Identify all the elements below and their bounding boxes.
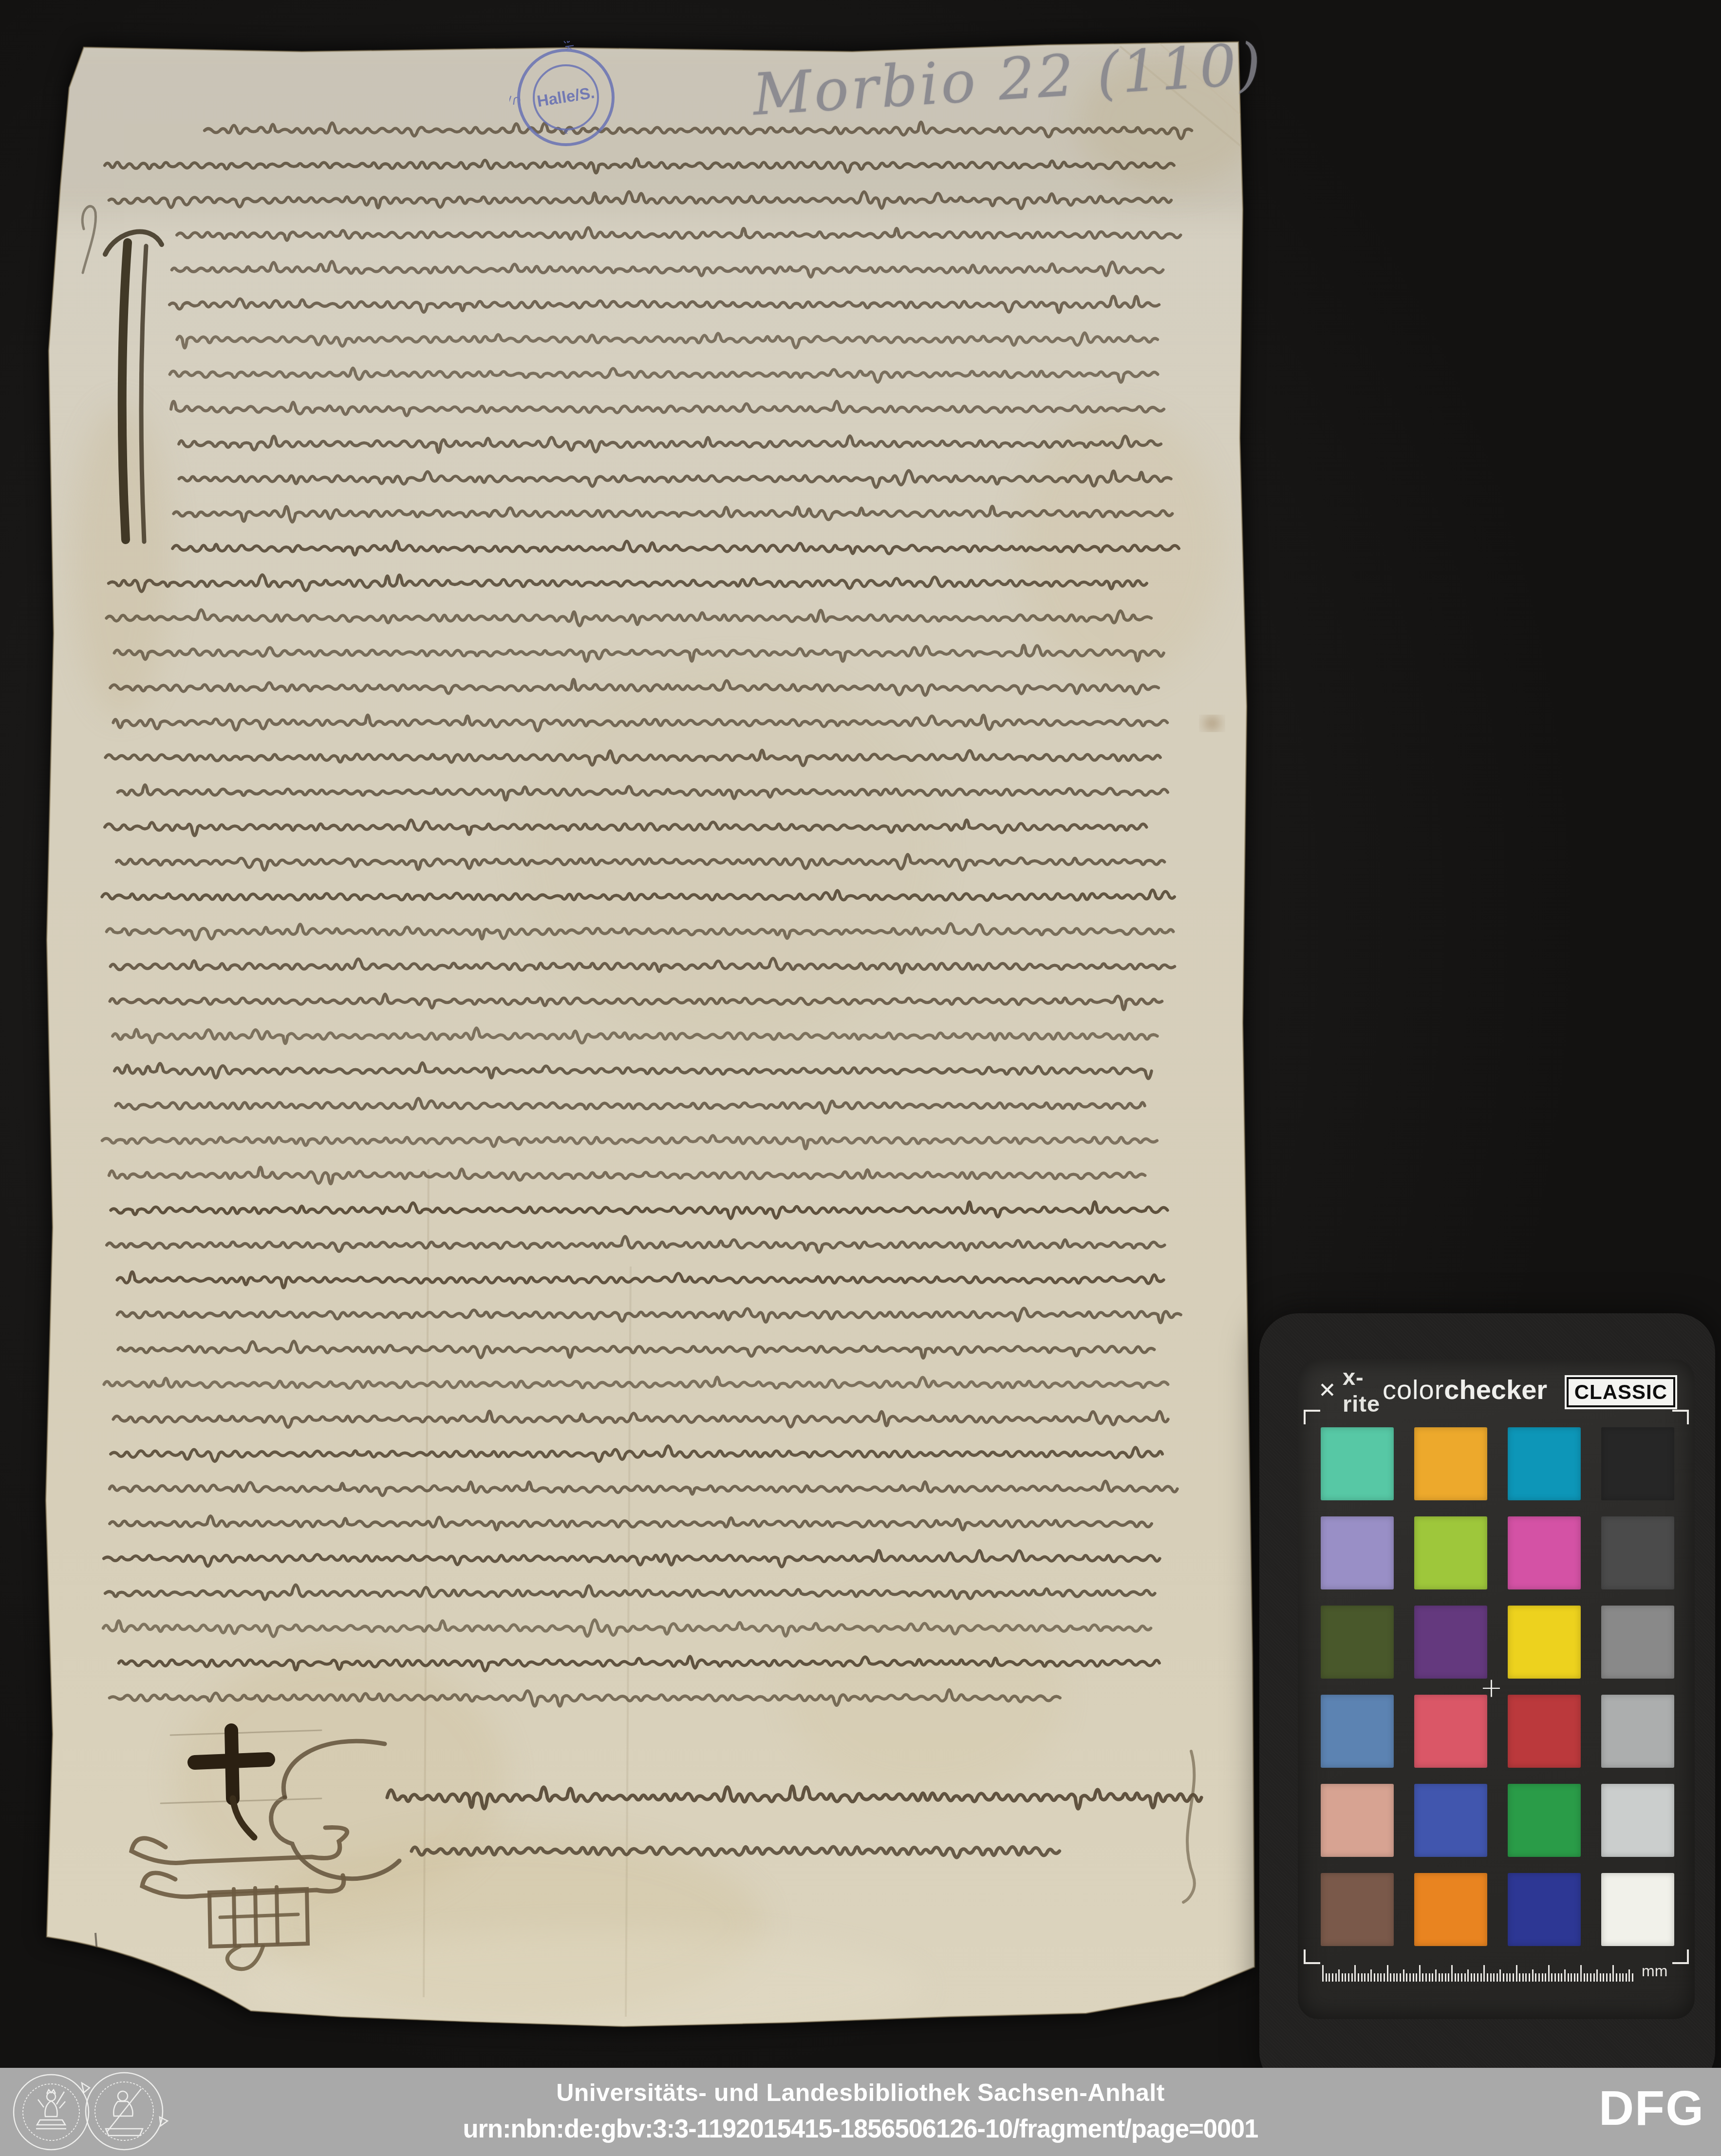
patch-neutral-8 [1601, 1784, 1674, 1857]
mm-ruler [1322, 1963, 1634, 1982]
ruler-tick [1596, 1969, 1598, 1982]
ruler-tick [1335, 1973, 1337, 1982]
ruler-tick [1551, 1973, 1553, 1982]
patch-white [1601, 1873, 1674, 1946]
ruler-tick [1390, 1973, 1391, 1982]
stamp-center-text: Halle/S. [536, 83, 596, 110]
crop-mark-bottom-left [1304, 1949, 1320, 1964]
patch-purple [1414, 1606, 1487, 1679]
ruler-tick [1393, 1973, 1395, 1982]
ruler-tick [1493, 1973, 1495, 1982]
ruler-tick [1480, 1973, 1482, 1982]
ruler-tick [1451, 1965, 1453, 1982]
ruler-tick [1351, 1973, 1353, 1982]
library-stamp: Universitäts- u. Landesbibliothek Halle/… [509, 41, 622, 154]
ruler-tick [1593, 1973, 1595, 1982]
ruler-tick [1439, 1973, 1440, 1982]
ruler-tick [1580, 1965, 1582, 1982]
ruler-tick [1506, 1973, 1508, 1982]
ruler-tick [1632, 1973, 1633, 1982]
ruler-tick [1554, 1973, 1556, 1982]
ruler-tick [1584, 1973, 1585, 1982]
ruler-tick [1538, 1973, 1540, 1982]
patch-neutral-5 [1601, 1606, 1674, 1679]
ruler-tick [1587, 1973, 1588, 1982]
dfg-logo: DFG [1599, 2080, 1704, 2137]
ruler-tick [1332, 1973, 1333, 1982]
ruler-tick [1403, 1969, 1404, 1982]
ruler-tick [1328, 1973, 1330, 1982]
ruler-tick [1419, 1965, 1421, 1982]
patch-dark-skin [1321, 1873, 1394, 1946]
ruler-tick [1380, 1973, 1382, 1982]
patch-moderate-red [1414, 1695, 1487, 1768]
ruler-tick [1338, 1969, 1340, 1982]
colorchecker-header: ✕ x-rite colorchecker CLASSIC [1318, 1375, 1675, 1406]
crop-mark-top-left [1304, 1410, 1320, 1424]
ruler-tick [1425, 1973, 1427, 1982]
ruler-tick [1499, 1969, 1501, 1982]
ruler-tick [1542, 1973, 1543, 1982]
ruler-tick [1548, 1965, 1550, 1982]
patch-black [1601, 1427, 1674, 1500]
ruler-tick [1535, 1973, 1536, 1982]
ruler-tick [1435, 1969, 1437, 1982]
crop-mark-top-right [1672, 1410, 1689, 1424]
ruler-tick [1467, 1969, 1469, 1982]
ruler-tick [1545, 1973, 1546, 1982]
ruler-tick [1558, 1973, 1559, 1982]
ruler-unit-label: mm [1642, 1962, 1667, 1980]
ruler-tick [1628, 1969, 1630, 1982]
ruler-tick [1600, 1973, 1601, 1982]
ruler-tick [1416, 1973, 1417, 1982]
ruler-tick [1464, 1973, 1466, 1982]
patch-yellow [1508, 1606, 1581, 1679]
ruler-tick [1367, 1973, 1369, 1982]
patch-light-skin [1321, 1784, 1394, 1857]
ruler-tick [1384, 1973, 1385, 1982]
scan-stage: Morbio 22 (110) Universitäts- u. Landesb… [0, 0, 1721, 2156]
xrite-logo: ✕ x-rite [1318, 1363, 1383, 1417]
ruler-tick [1471, 1973, 1472, 1982]
registration-cross-icon: + [1480, 1672, 1503, 1703]
xrite-pinwheel-icon: ✕ [1318, 1378, 1337, 1403]
stamp-star-icon: * [563, 127, 568, 141]
colorchecker-card: ✕ x-rite colorchecker CLASSIC + mm [1298, 1359, 1695, 2019]
ruler-tick [1364, 1973, 1366, 1982]
ruler-tick [1370, 1969, 1372, 1982]
ruler-tick [1413, 1973, 1414, 1982]
ruler-tick [1429, 1973, 1430, 1982]
patch-yellow-green [1414, 1516, 1487, 1589]
ruler-tick [1619, 1973, 1621, 1982]
ruler-tick [1522, 1973, 1524, 1982]
ruler-tick [1529, 1973, 1530, 1982]
ruler-tick [1354, 1965, 1356, 1982]
ruler-tick [1616, 1973, 1617, 1982]
patch-cyan [1508, 1427, 1581, 1500]
ruler-tick [1590, 1973, 1591, 1982]
ruler-tick [1622, 1973, 1624, 1982]
ruler-tick [1441, 1973, 1443, 1982]
ruler-tick [1519, 1973, 1520, 1982]
ruler-tick [1326, 1973, 1327, 1982]
ruler-tick [1609, 1973, 1611, 1982]
patch-orange-yellow [1414, 1427, 1487, 1500]
patch-foliage [1321, 1606, 1394, 1679]
patch-purplish-blue [1414, 1784, 1487, 1857]
ruler-tick [1626, 1973, 1627, 1982]
colorchecker-wordmark: colorchecker CLASSIC [1383, 1374, 1675, 1407]
patch-blue [1508, 1873, 1581, 1946]
ruler-tick [1577, 1973, 1578, 1982]
crop-mark-bottom-right [1672, 1949, 1689, 1964]
ruler-tick [1455, 1973, 1456, 1982]
ruler-tick [1497, 1973, 1498, 1982]
patch-neutral-3-5 [1601, 1516, 1674, 1589]
ruler-tick [1525, 1973, 1527, 1982]
ruler-tick [1409, 1973, 1411, 1982]
ruler-tick [1516, 1965, 1517, 1982]
ruler-tick [1574, 1973, 1575, 1982]
ruler-tick [1612, 1965, 1614, 1982]
patch-orange [1414, 1873, 1487, 1946]
ruler-tick [1377, 1973, 1379, 1982]
ruler-tick [1345, 1973, 1346, 1982]
ruler-tick [1396, 1973, 1398, 1982]
ruler-tick [1571, 1973, 1572, 1982]
ruler-tick [1374, 1973, 1375, 1982]
patch-blue-sky [1321, 1695, 1394, 1768]
ruler-tick [1406, 1973, 1407, 1982]
ruler-tick [1474, 1973, 1475, 1982]
ruler-tick [1509, 1973, 1511, 1982]
ruler-tick [1606, 1973, 1608, 1982]
xrite-wordmark: x-rite [1343, 1363, 1383, 1417]
ruler-tick [1532, 1969, 1534, 1982]
patch-blue-flower [1321, 1516, 1394, 1589]
patch-magenta [1508, 1516, 1581, 1589]
patch-neutral-6-5 [1601, 1695, 1674, 1768]
ruler-tick [1400, 1973, 1401, 1982]
ruler-tick [1568, 1973, 1569, 1982]
patch-bluish-green [1321, 1427, 1394, 1500]
patch-red [1508, 1695, 1581, 1768]
patch-green [1508, 1784, 1581, 1857]
ruler-tick [1448, 1973, 1449, 1982]
ruler-tick [1487, 1973, 1488, 1982]
library-name: Universitäts- und Landesbibliothek Sachs… [0, 2079, 1721, 2107]
ruler-tick [1564, 1969, 1566, 1982]
classic-badge: CLASSIC [1567, 1377, 1675, 1407]
ruler-tick [1432, 1973, 1433, 1982]
ruler-tick [1461, 1973, 1462, 1982]
ruler-tick [1358, 1973, 1359, 1982]
colorchecker-word-light: color [1383, 1374, 1444, 1405]
ruler-tick [1322, 1965, 1324, 1982]
ruler-tick [1561, 1973, 1562, 1982]
ruler-tick [1477, 1973, 1478, 1982]
ruler-tick [1422, 1973, 1423, 1982]
ruler-tick [1503, 1973, 1504, 1982]
ruler-tick [1348, 1973, 1349, 1982]
ruler-tick [1445, 1973, 1446, 1982]
ruler-tick [1513, 1973, 1514, 1982]
library-footer-banner: Universitäts- und Landesbibliothek Sachs… [0, 2068, 1721, 2156]
urn-identifier: urn:nbn:de:gbv:3:3-1192015415-1856506126… [26, 2114, 1695, 2144]
ruler-tick [1387, 1965, 1388, 1982]
ruler-tick [1458, 1973, 1459, 1982]
ruler-tick [1342, 1973, 1343, 1982]
colorchecker-word-bold: checker [1444, 1374, 1547, 1405]
ruler-tick [1483, 1965, 1485, 1982]
ruler-tick [1361, 1973, 1363, 1982]
ruler-tick [1603, 1973, 1604, 1982]
ruler-tick [1490, 1973, 1492, 1982]
manuscript-parchment [0, 0, 1291, 2070]
